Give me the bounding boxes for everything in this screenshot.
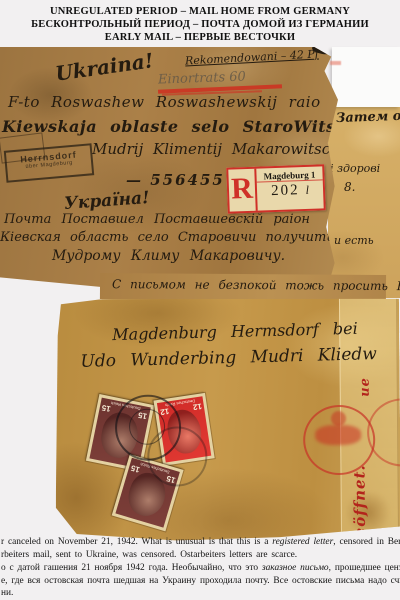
stamp-denomination: 12 [192,402,202,412]
caption-text: о с датой гашения 21 ноября 1942 года. Н… [1,563,262,573]
caption-line-3: о с датой гашения 21 ноября 1942 года. Н… [1,563,400,573]
exhibit-page: UNREGULATED PERIOD – MAIL HOME FROM GERM… [0,0,400,600]
handwriting-cyr-line2: Кіевская область село Старовичи получить [0,230,333,245]
registration-r-letter: R [228,169,257,212]
title-line-early-mail: EARLY MAIL – ПЕРВЫЕ ВЕСТОЧКИ [0,31,400,44]
registration-number-row: 202l [257,179,324,210]
envelope-front: Ukraina! Rekomendowani – 42 Pf Einortrat… [0,47,338,287]
stamp-denomination: 15 [101,403,112,414]
handwriting-bottom-note: С письмом не безпокой тожь просить Бога [112,277,400,293]
caption-line-2: rbeiters mail, sent to Ukraine, was cens… [1,550,400,560]
envelope-back: Magdenburg Hermsdorf bei Udo Wunderbing … [54,296,400,541]
handwriting-address-line3: Mudrij Klimentij Makarowitsch [92,140,340,158]
registration-label: R Magdeburg 1 202l [226,164,326,213]
caption-text-italic: registered letter [272,537,333,547]
censor-edge-text: ue [358,365,373,397]
caption-line-5: ни. [1,588,400,598]
censor-eagle-emblem [331,411,346,426]
handwriting-crossed-note: Einortrats 60 [158,69,246,87]
fragment-handwriting: і здорові [330,162,380,175]
fragment-handwriting: и есть [334,234,374,247]
caption-text: , censored in Berlin, w [333,537,400,547]
handwriting-sender-line2: Udo Wunderbing Mudri Kliedw [80,344,377,372]
handwriting-cyr-line3: Мудрому Климу Макаровичу. [52,248,285,264]
envelope-fragment-right: Затем о і здорові 8. и есть [328,96,400,298]
title-line-russian: БЕСКОНТРОЛЬНЫЙ ПЕРИОД – ПОЧТА ДОМОЙ ИЗ Г… [0,18,400,31]
handwriting-ukraina-latin: Ukraina! [54,48,155,85]
censor-geoffnet-text: geöffnet. [350,455,369,549]
white-paper-corner [332,47,400,107]
fragment-handwriting: 8. [344,180,355,194]
box-cancel-hermsdorf: Herrnsdorf über Magdeburg [4,143,94,183]
caption-line-4: е, где вся остовская почта шедшая на Укр… [1,576,400,586]
handwriting-address-line2: Kiewskaja oblaste selo StaroWitschi [2,117,365,136]
handwriting-ukraina-cyrillic: Україна! [63,188,150,214]
postmark-circle-faint [147,426,208,487]
title-line-english: UNREGULATED PERIOD – MAIL HOME FROM GERM… [0,5,400,18]
registration-number: 202 [271,182,300,199]
stamp-denomination: 15 [130,463,141,474]
handwriting-sender-line1: Magdenburg Hermsdorf bei [112,319,358,344]
envelope-front-bottom-edge: С письмом не безпокой тожь просить Бога [100,273,386,301]
caption-text: , прошедшее цензу [329,563,400,573]
caption-text: r canceled on November 21, 1942. What is… [1,537,272,547]
caption-line-1: r canceled on November 21, 1942. What is… [1,537,400,547]
caption-text-italic: заказное письмо [262,563,329,573]
fragment-handwriting: Затем о [336,109,400,126]
handwriting-rekomendowani: Rekomendowani – 42 Pf [185,48,319,68]
registration-pen-mark: l [305,183,309,197]
censor-eagle-emblem [315,425,361,445]
red-smear [330,61,341,65]
handwriting-cyr-line1: Почта Поставшел Поставшевскій раіон [4,212,310,227]
page-title: UNREGULATED PERIOD – MAIL HOME FROM GERM… [0,5,400,44]
handwriting-address-line1: F-to Roswashew Roswashewskij raio [8,93,321,111]
